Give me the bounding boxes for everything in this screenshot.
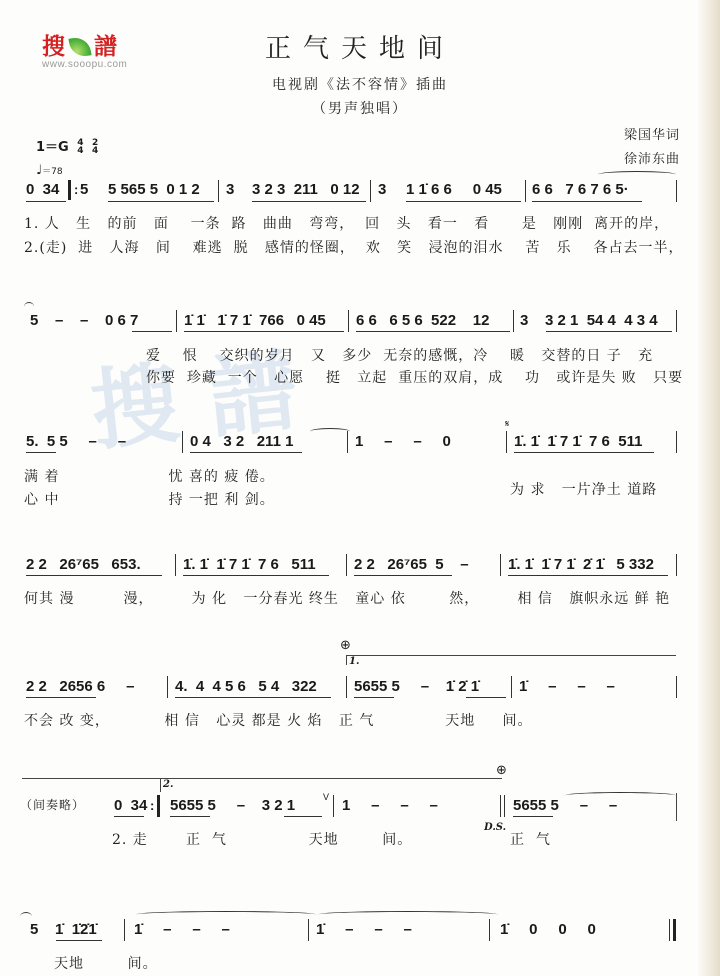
underline <box>26 201 66 202</box>
barline <box>500 795 501 817</box>
volta-bracket <box>22 778 502 779</box>
barline <box>370 180 371 202</box>
measure: 1̇ 1̇ 1̇ 7 1̇ 766 0 45 <box>184 312 326 330</box>
measure: 5655 5 – – <box>513 797 617 815</box>
lyrics-verse-1: 不会 改 变， 相 信 心灵 都是 火 焰 正 气 天地 间。 <box>24 710 532 730</box>
lyrics-chorus: 为 求 一片净土 道路 <box>510 479 657 499</box>
measure: 1 – – 0 <box>355 433 451 451</box>
lyrics-ending: 天地 间。 <box>54 953 158 973</box>
barline <box>308 919 309 941</box>
underline <box>132 331 172 332</box>
barline <box>676 180 677 202</box>
measure: 4. 4 4 5 6 5 4 322 <box>175 678 317 696</box>
measure: 3 <box>226 181 234 199</box>
barline <box>676 310 677 332</box>
key-label: 1＝G <box>36 140 69 155</box>
barline <box>676 554 677 576</box>
tempo-marking: ♩＝78 <box>36 163 63 178</box>
lyricist: 梁国华词 <box>624 124 680 143</box>
measure: 2 2 26⁷65 5 – <box>354 556 469 574</box>
barline <box>525 180 526 202</box>
measure: 5 <box>80 181 88 199</box>
underline <box>466 697 506 698</box>
measure: 2 2 2656 6 – <box>26 678 134 696</box>
barline <box>175 554 176 576</box>
coda-icon: ⊕ <box>496 763 507 778</box>
measure: 1̇ – – – <box>134 921 230 939</box>
tie <box>598 171 676 178</box>
barline <box>500 554 501 576</box>
lyrics-verse-2: 2.(走) 进 人海 间 难逃 脱 感情的怪圈， 欢 笑 浸泡的泪水 苦 乐 各… <box>24 237 684 257</box>
song-subtitle: 电视剧《法不容情》插曲 <box>0 74 720 94</box>
barline <box>333 795 334 817</box>
lyrics-verse-1: 1. 人 生 的前 面 一条 路 曲曲 弯弯， 回 头 看一 看 是 刚刚 离开… <box>24 213 669 233</box>
underline <box>170 816 210 817</box>
measure: 3 2 3 211 0 12 <box>252 181 360 199</box>
double-barline <box>504 795 505 817</box>
underline <box>406 201 521 202</box>
tie-continuation <box>20 912 32 921</box>
interlude-omitted-note: （间奏略） <box>20 796 85 813</box>
volta-label: 1. <box>349 656 359 667</box>
measure: 1̇ – – – <box>519 678 615 696</box>
song-title: 正气天地间 <box>0 28 720 65</box>
tie-continuation <box>24 302 34 311</box>
underline <box>252 201 366 202</box>
underline <box>354 575 452 576</box>
underline <box>183 575 329 576</box>
lyrics-coda: 正 气 <box>510 829 551 849</box>
tie-end <box>676 793 677 821</box>
measure: 1̇ 0 0 0 <box>500 921 596 939</box>
underline <box>356 331 510 332</box>
measure: 2 2 26⁷65 653. <box>26 556 141 574</box>
time-signature-1: 44 <box>77 139 83 155</box>
measure: 1 – – – <box>342 797 438 815</box>
barline <box>676 431 677 453</box>
measure: 0 4 3 2 211 1 <box>190 433 293 451</box>
measure: 1̇. 1̇ 1̇ 7 1̇ 7 6 511 <box>183 556 316 574</box>
measure: 3 <box>378 181 386 199</box>
underline <box>284 816 322 817</box>
dal-segno-marking: D.S. <box>484 822 506 833</box>
tie <box>318 911 498 918</box>
measure: 1̇. 1̇ 1̇ 7 1̇ 7 6 511 <box>514 433 642 451</box>
underline <box>175 697 331 698</box>
breath-mark: V <box>323 788 329 806</box>
underline <box>114 816 144 817</box>
measure: 1̇. 1̇ 1̇ 7 1̇ 2̇ 1̇ 5 332 <box>508 556 654 574</box>
coda-icon: ⊕ <box>340 638 351 653</box>
underline <box>532 201 642 202</box>
measure: 5 1̇ 1̇2̇1̇ <box>30 921 97 939</box>
barline <box>506 431 507 453</box>
tie <box>136 911 316 918</box>
underline <box>546 331 672 332</box>
barline <box>346 676 347 698</box>
measure: 5. 5 5 – – <box>26 433 126 451</box>
underline <box>26 575 162 576</box>
underline <box>56 940 102 941</box>
lyrics-verse-1: 何其 漫 漫， 为 化 一分春光 终生 童心 依 然， 相 信 旗帜永远 鲜 艳 <box>24 588 670 608</box>
measure: 3 3 2 1 54 4 4 3 4 <box>520 312 658 330</box>
repeat-end-barline <box>157 795 160 817</box>
underline <box>184 331 344 332</box>
measure: 0 34 <box>26 181 59 199</box>
repeat-dots: : <box>150 797 154 815</box>
barline <box>167 676 168 698</box>
barline <box>489 919 490 941</box>
lyrics-verse-1: 爱 恨 交织的岁月 又 多少 无奈的感慨，冷 暖 交替的日 子 充 <box>146 345 653 365</box>
underline <box>26 452 56 453</box>
barline <box>346 554 347 576</box>
barline <box>348 310 349 332</box>
final-barline <box>669 919 670 941</box>
underline <box>190 452 302 453</box>
barline <box>676 676 677 698</box>
underline <box>26 697 96 698</box>
repeat-start-barline <box>68 180 71 200</box>
measure: 1 1̇ 6 6 0 45 <box>406 181 502 199</box>
final-barline-thick <box>673 919 676 941</box>
lyrics-verse-2: 2. 走 正 气 天地 间。 <box>112 829 412 849</box>
lyrics-verse-2: 你要 珍藏 一个 心愿 挺 立起 重压的双肩，成 功 或许是失 败 只要 <box>146 367 683 387</box>
measure: 6 6 7 6 7 6 5· <box>532 181 629 199</box>
performer-note: （男声独唱） <box>0 98 720 118</box>
volta-label: 2. <box>163 779 173 790</box>
measure: 1̇ – – – <box>316 921 412 939</box>
barline <box>176 310 177 332</box>
measure: 5655 5 – 1̇ 2̇ 1̇ <box>354 678 479 696</box>
underline <box>108 201 214 202</box>
measure: 6 6 6 5 6 522 12 <box>356 312 489 330</box>
measure: 5655 5 – 3 2 1 <box>170 797 295 815</box>
segno-icon: 𝄋 <box>505 416 509 434</box>
key-signature: 1＝G 44 24 <box>36 136 98 155</box>
volta-bracket-edge <box>160 778 161 792</box>
barline <box>182 431 183 453</box>
repeat-dots: : <box>74 181 78 199</box>
lyrics-verse-1: 满 着 忧 喜的 疲 倦。 <box>24 466 275 486</box>
barline <box>513 310 514 332</box>
measure: 5 565 5 0 1 2 <box>108 181 200 199</box>
volta-bracket <box>346 655 676 656</box>
underline <box>514 452 654 453</box>
underline <box>508 575 668 576</box>
tie <box>565 792 676 799</box>
time-signature-2: 24 <box>92 139 98 155</box>
underline <box>354 697 394 698</box>
measure: 5 – – 0 6 7 <box>30 312 138 330</box>
composer: 徐沛东曲 <box>624 148 680 167</box>
barline <box>124 919 125 941</box>
barline <box>511 676 512 698</box>
lyrics-verse-2: 心 中 持 一把 利 剑。 <box>24 489 275 509</box>
page-edge-shadow <box>698 0 720 976</box>
volta-bracket-edge <box>346 655 347 665</box>
barline <box>218 180 219 202</box>
measure: 0 34 <box>114 797 147 815</box>
underline <box>513 816 553 817</box>
tie <box>310 428 350 435</box>
